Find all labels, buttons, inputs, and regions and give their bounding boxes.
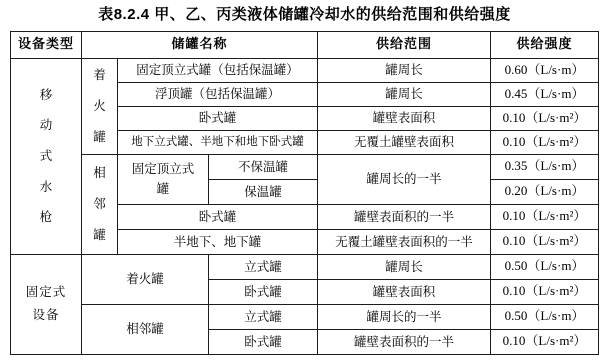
table-row: 相邻罐 立式罐 罐周长的一半 0.50（L/s·m） <box>11 304 599 329</box>
group-mobile-water-gun: 移 动 式 水 枪 <box>11 58 82 254</box>
cell-supply-intensity: 0.10（L/s·m²） <box>491 106 599 130</box>
cell-supply-intensity: 0.10（L/s·m²） <box>491 229 599 254</box>
header-supply-range: 供给范围 <box>318 31 491 58</box>
cell-tank-name: 固定顶立式罐（包括保温罐） <box>118 58 318 82</box>
cell-supply-range: 罐壁表面积 <box>318 106 491 130</box>
cell-supply-range: 无覆土罐壁表面积 <box>318 130 491 154</box>
cell-tank-name: 卧式罐 <box>118 204 318 229</box>
group-fire-tank: 着 火 罐 <box>82 58 118 154</box>
cell-supply-range: 罐周长的一半 <box>318 154 491 204</box>
cell-supply-range: 罐周长的一半 <box>318 304 491 329</box>
cell-tank-name: 地下立式罐、半地下和地下卧式罐 <box>118 130 318 154</box>
cell-supply-intensity: 0.50（L/s·m） <box>491 304 599 329</box>
cell-supply-range: 罐周长 <box>318 254 491 279</box>
cell-supply-range: 罐周长 <box>318 82 491 106</box>
cell-supply-intensity: 0.10（L/s·m²） <box>491 130 599 154</box>
group-fixed-equipment: 固定式 设备 <box>11 254 82 354</box>
cell-supply-range: 无覆土罐壁表面积的一半 <box>318 229 491 254</box>
page: 表8.2.4 甲、乙、丙类液体储罐冷却水的供给范围和供给强度 设备类型 储罐名称… <box>0 0 609 362</box>
cell-supply-intensity: 0.10（L/s·m²） <box>491 279 599 304</box>
header-row: 设备类型 储罐名称 供给范围 供给强度 <box>11 31 599 58</box>
cell-tank-subtype: 卧式罐 <box>209 279 318 304</box>
cell-supply-intensity: 0.35（L/s·m） <box>491 154 599 179</box>
cell-supply-intensity: 0.60（L/s·m） <box>491 58 599 82</box>
header-device-type: 设备类型 <box>11 31 82 58</box>
table-row: 移 动 式 水 枪 着 火 罐 固定顶立式罐（包括保温罐） 罐周长 0.60（L… <box>11 58 599 82</box>
cooling-water-supply-table: 设备类型 储罐名称 供给范围 供给强度 移 动 式 水 枪 着 火 罐 固定顶立… <box>10 31 599 355</box>
cell-supply-range: 罐周长 <box>318 58 491 82</box>
cell-supply-intensity: 0.50（L/s·m） <box>491 254 599 279</box>
cell-tank-subtype: 不保温罐 <box>209 154 318 179</box>
cell-supply-intensity: 0.10（L/s·m²） <box>491 204 599 229</box>
cell-supply-intensity: 0.20（L/s·m） <box>491 179 599 204</box>
cell-supply-intensity: 0.10（L/s·m²） <box>491 329 599 354</box>
cell-tank-name: 半地下、地下罐 <box>118 229 318 254</box>
cell-tank-name: 固定顶立式 罐 <box>118 154 209 204</box>
group-adjacent-tank-fixed: 相邻罐 <box>82 304 209 354</box>
group-adjacent-tank: 相 邻 罐 <box>82 154 118 254</box>
table-row: 固定式 设备 着火罐 立式罐 罐周长 0.50（L/s·m） <box>11 254 599 279</box>
header-tank-name: 储罐名称 <box>82 31 318 58</box>
cell-tank-subtype: 立式罐 <box>209 304 318 329</box>
cell-supply-intensity: 0.45（L/s·m） <box>491 82 599 106</box>
cell-tank-name: 浮顶罐（包括保温罐） <box>118 82 318 106</box>
cell-tank-subtype: 卧式罐 <box>209 329 318 354</box>
cell-supply-range: 罐壁表面积的一半 <box>318 329 491 354</box>
cell-supply-range: 罐壁表面积 <box>318 279 491 304</box>
cell-tank-subtype: 立式罐 <box>209 254 318 279</box>
cell-tank-name: 卧式罐 <box>118 106 318 130</box>
cell-supply-range: 罐壁表面积的一半 <box>318 204 491 229</box>
table-row: 相 邻 罐 固定顶立式 罐 不保温罐 罐周长的一半 0.35（L/s·m） <box>11 154 599 179</box>
table-title: 表8.2.4 甲、乙、丙类液体储罐冷却水的供给范围和供给强度 <box>0 0 609 25</box>
group-fire-tank-fixed: 着火罐 <box>82 254 209 304</box>
header-supply-intensity: 供给强度 <box>491 31 599 58</box>
cell-tank-subtype: 保温罐 <box>209 179 318 204</box>
